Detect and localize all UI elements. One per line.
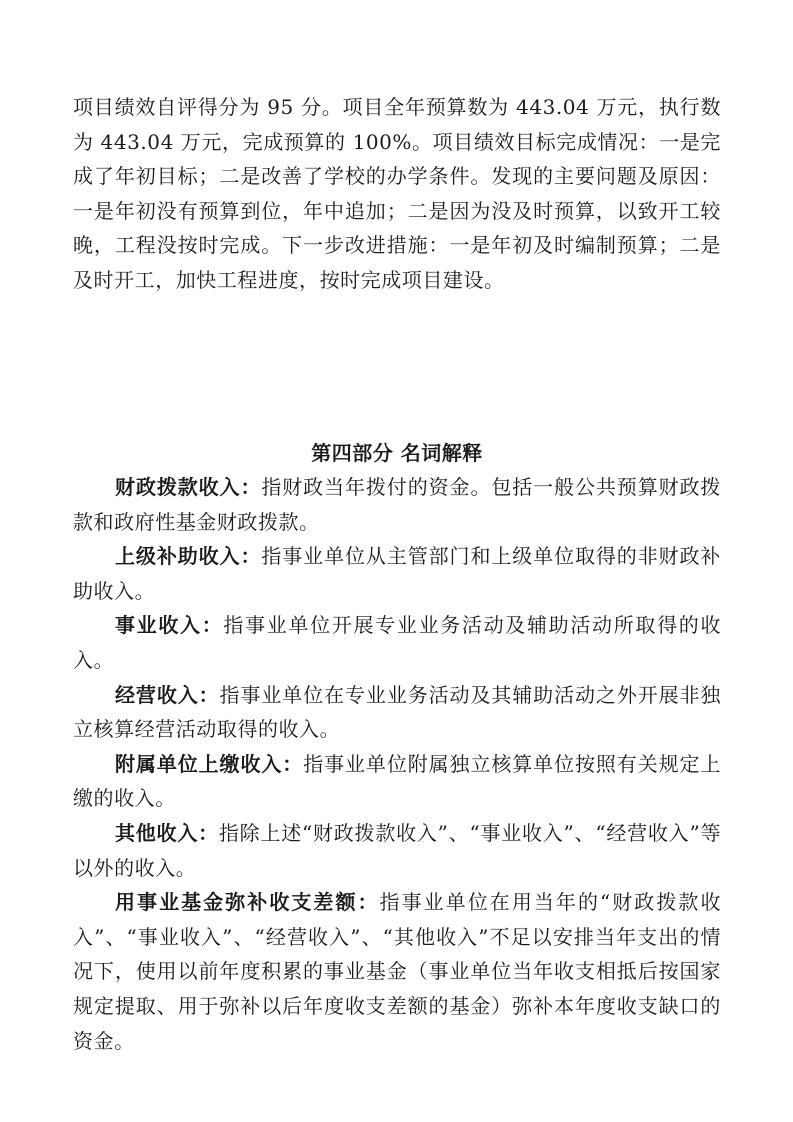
definition-term: 附属单位上缴收入：: [115, 752, 303, 776]
definition-item: 其他收入：指除上述“财政拨款收入”、“事业收入”、“经营收入”等以外的收入。: [73, 816, 721, 885]
definition-item: 事业收入：指事业单位开展专业业务活动及辅助活动所取得的收入。: [73, 608, 721, 677]
definition-item: 上级补助收入：指事业单位从主管部门和上级单位取得的非财政补助收入。: [73, 539, 721, 608]
definitions-list: 财政拨款收入：指财政当年拨付的资金。包括一般公共预算财政拨款和政府性基金财政拨款…: [73, 470, 721, 1058]
definition-term: 财政拨款收入：: [115, 475, 261, 499]
definition-item: 附属单位上缴收入：指事业单位附属独立核算单位按照有关规定上缴的收入。: [73, 747, 721, 816]
intro-paragraph: 项目绩效自评得分为 95 分。项目全年预算数为 443.04 万元，执行数为 4…: [73, 90, 721, 298]
definition-item: 财政拨款收入：指财政当年拨付的资金。包括一般公共预算财政拨款和政府性基金财政拨款…: [73, 470, 721, 539]
definition-term: 经营收入：: [115, 683, 220, 707]
definition-term: 用事业基金弥补收支差额：: [115, 890, 380, 914]
definition-term: 上级补助收入：: [115, 544, 261, 568]
definition-text: 指事业单位在用当年的“财政拨款收入”、“事业收入”、“经营收入”、“其他收入”不…: [73, 890, 721, 1052]
definition-term: 其他收入：: [115, 821, 219, 845]
definition-item: 用事业基金弥补收支差额：指事业单位在用当年的“财政拨款收入”、“事业收入”、“经…: [73, 885, 721, 1058]
section-title: 第四部分 名词解释: [73, 436, 721, 470]
definition-item: 经营收入：指事业单位在专业业务活动及其辅助活动之外开展非独立核算经营活动取得的收…: [73, 678, 721, 747]
definition-term: 事业收入：: [115, 613, 223, 637]
document-page: 项目绩效自评得分为 95 分。项目全年预算数为 443.04 万元，执行数为 4…: [73, 90, 721, 298]
